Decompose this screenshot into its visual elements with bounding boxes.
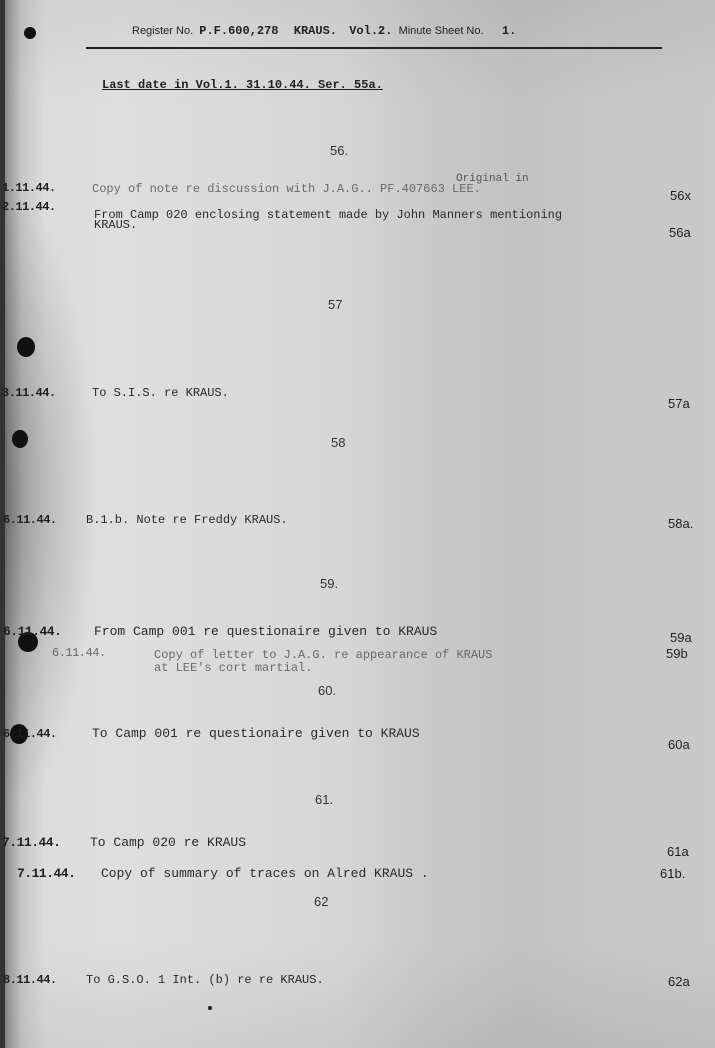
entry-serial: 60a [668,737,690,752]
entry-text: Copy of summary of traces on Alred KRAUS… [101,866,429,881]
volume: Vol.2. [349,24,392,38]
entry-date: 7.11.44. [2,835,60,850]
section-number: 61. [315,792,333,807]
entry-serial: 57a [668,396,690,411]
entry-date: 2.11.44. [2,200,56,214]
entry-serial: 59b [666,646,688,661]
entry-text-continued: at LEE's cort martial. [154,661,312,675]
entry-serial: 61a [667,844,689,859]
entry-serial: 56x [670,188,691,203]
section-number: 62 [314,894,328,909]
section-number: 59. [320,576,338,591]
section-number: 57 [328,297,342,312]
punch-hole [24,27,36,39]
minute-sheet-number: 1. [502,24,516,38]
last-date-line: Last date in Vol.1. 31.10.44. Ser. 55a. [102,78,383,92]
entry-text: Copy of note re discussion with J.A.G.. … [92,182,481,196]
entry-text: From Camp 020 enclosing statement made b… [94,208,562,222]
entry-text: Copy of letter to J.A.G. re appearance o… [154,648,492,662]
section-number: 58 [331,435,345,450]
entry-date: 6.11.44. [3,513,57,527]
entry-text: To Camp 001 re questionaire given to KRA… [92,726,420,741]
entry-date: 3.11.44. [2,386,56,400]
entry-text: From Camp 001 re questionaire given to K… [94,624,437,639]
entry-serial: 59a [670,630,692,645]
punch-hole [12,430,28,448]
section-number: 60. [318,683,336,698]
entry-date: 6.11.44. [3,727,57,741]
entry-text-continued: KRAUS. [94,218,137,232]
entry-date: 7.11.44. [17,866,75,881]
entry-serial: 62a [668,974,690,989]
entry-text: To G.S.O. 1 Int. (b) re re KRAUS. [86,973,324,987]
header-rule [86,47,662,49]
entry-text: To Camp 020 re KRAUS [90,835,246,850]
entry-serial: 61b. [660,866,685,881]
section-number: 56. [330,143,348,158]
entry-serial: 56a [669,225,691,240]
ink-speck [208,1006,212,1010]
register-number: P.F.600,278 [199,24,278,38]
entry-date: 6.11.44. [3,624,61,639]
subject-name: KRAUS. [294,24,337,38]
minute-sheet-label: Minute Sheet No. [399,25,484,37]
entry-date: 6.11.44. [52,646,106,660]
punch-hole [17,337,35,357]
entry-date: 1.11.44. [2,181,56,195]
entry-text: B.1.b. Note re Freddy KRAUS. [86,513,288,527]
entry-text: To S.I.S. re KRAUS. [92,386,229,400]
register-label: Register No. [132,25,193,37]
register-header: Register No. P.F.600,278 KRAUS. Vol.2. M… [132,24,516,38]
entry-date: 8.11.44. [3,973,57,987]
entry-serial: 58a. [668,516,693,531]
